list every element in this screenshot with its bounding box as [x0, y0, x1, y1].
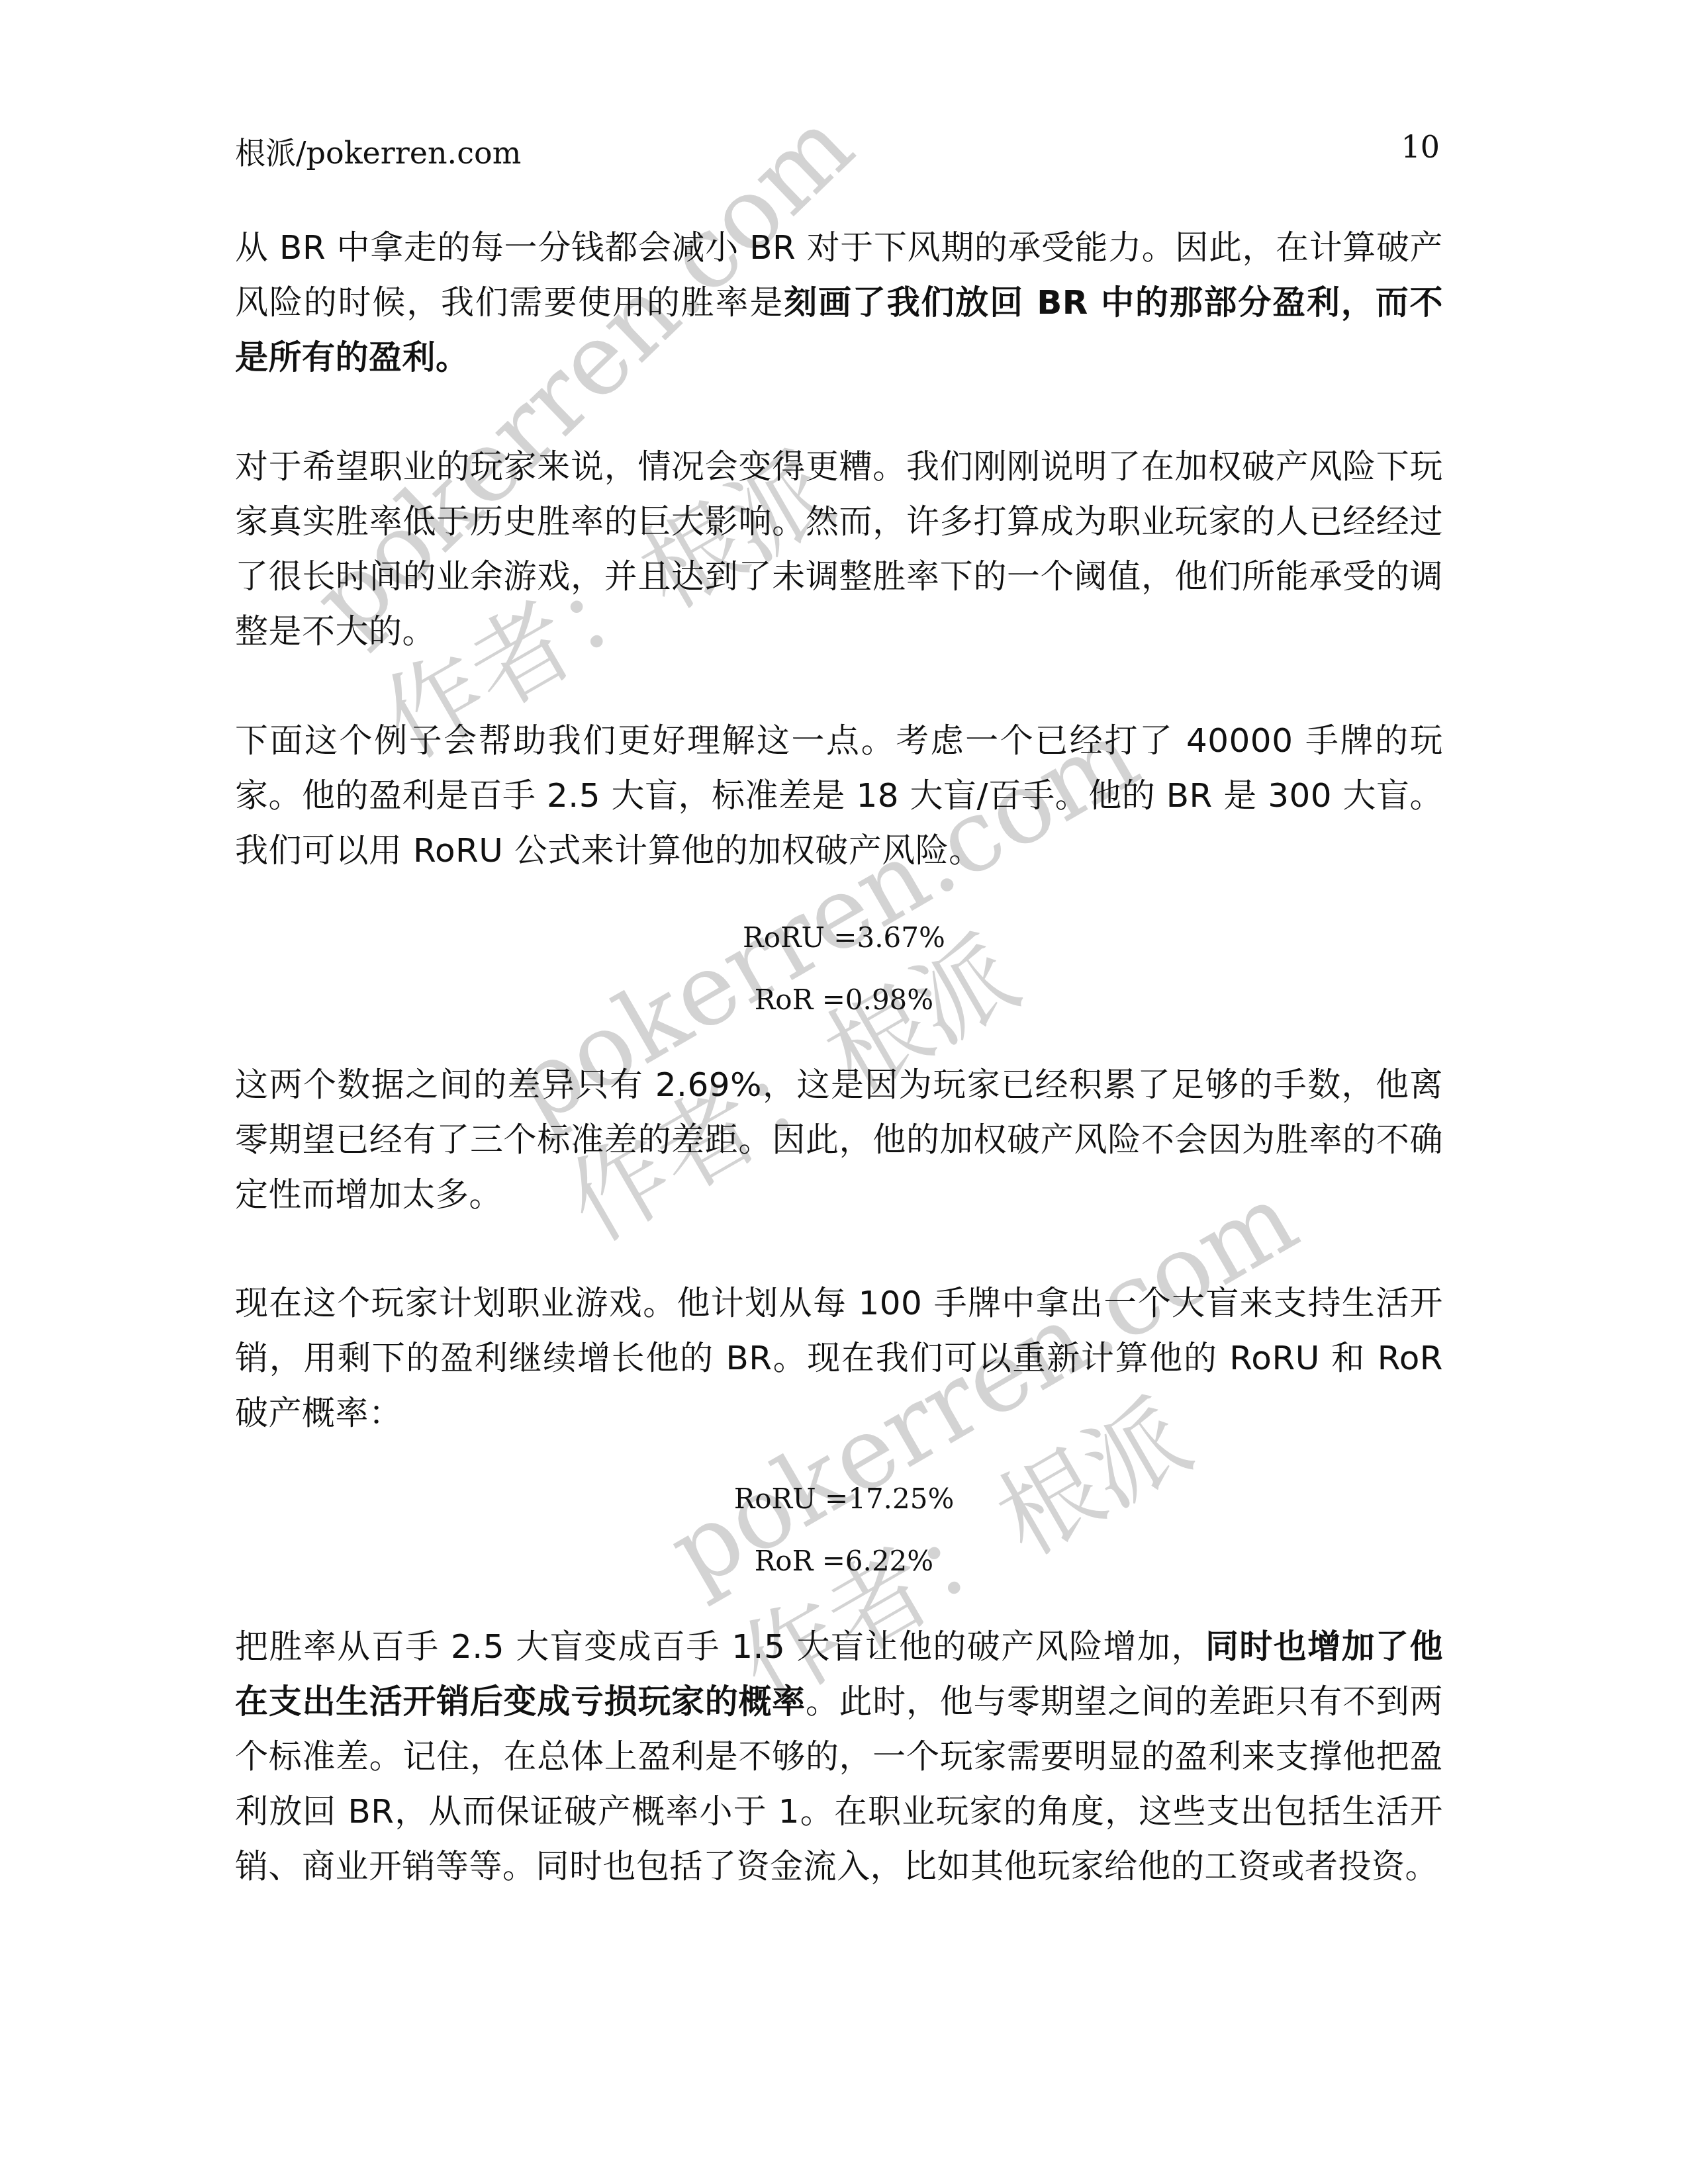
paragraph-text: 这两个数据之间的差异只有 2.69%，这是因为玩家已经积累了足够的手数，他离零期…: [235, 1066, 1443, 1214]
paragraph-text: 现在这个玩家计划职业游戏。他计划从每 100 手牌中拿出一个大盲来支持生活开销，…: [235, 1284, 1443, 1432]
paragraph-5: 现在这个玩家计划职业游戏。他计划从每 100 手牌中拿出一个大盲来支持生活开销，…: [235, 1276, 1443, 1441]
paragraph-text: 把胜率从百手 2.5 大盲变成百手 1.5 大盲让他的破产风险增加，: [235, 1627, 1205, 1666]
paragraph-3: 下面这个例子会帮助我们更好理解这一点。考虑一个已经打了 40000 手牌的玩家。…: [235, 713, 1443, 878]
paragraph-1: 从 BR 中拿走的每一分钱都会减小 BR 对于下风期的承受能力。因此，在计算破产…: [235, 220, 1443, 385]
formula-ror-1: RoR =0.98%: [0, 983, 1688, 1016]
paragraph-text: 对于希望职业的玩家来说，情况会变得更糟。我们刚刚说明了在加权破产风险下玩家真实胜…: [235, 447, 1443, 651]
formula-roru-1: RoRU =3.67%: [0, 921, 1688, 954]
formula-roru-2: RoRU =17.25%: [0, 1482, 1688, 1515]
paragraph-6: 把胜率从百手 2.5 大盲变成百手 1.5 大盲让他的破产风险增加，同时也增加了…: [235, 1619, 1443, 1894]
formula-ror-2: RoR =6.22%: [0, 1545, 1688, 1577]
page-header: 根派/pokerren.com 10: [235, 129, 1440, 169]
paragraph-2: 对于希望职业的玩家来说，情况会变得更糟。我们刚刚说明了在加权破产风险下玩家真实胜…: [235, 439, 1443, 659]
header-title: 根派/pokerren.com: [235, 129, 521, 173]
paragraph-4: 这两个数据之间的差异只有 2.69%，这是因为玩家已经积累了足够的手数，他离零期…: [235, 1058, 1443, 1222]
paragraph-text: 下面这个例子会帮助我们更好理解这一点。考虑一个已经打了 40000 手牌的玩家。…: [235, 721, 1443, 870]
page-number: 10: [1401, 129, 1440, 165]
